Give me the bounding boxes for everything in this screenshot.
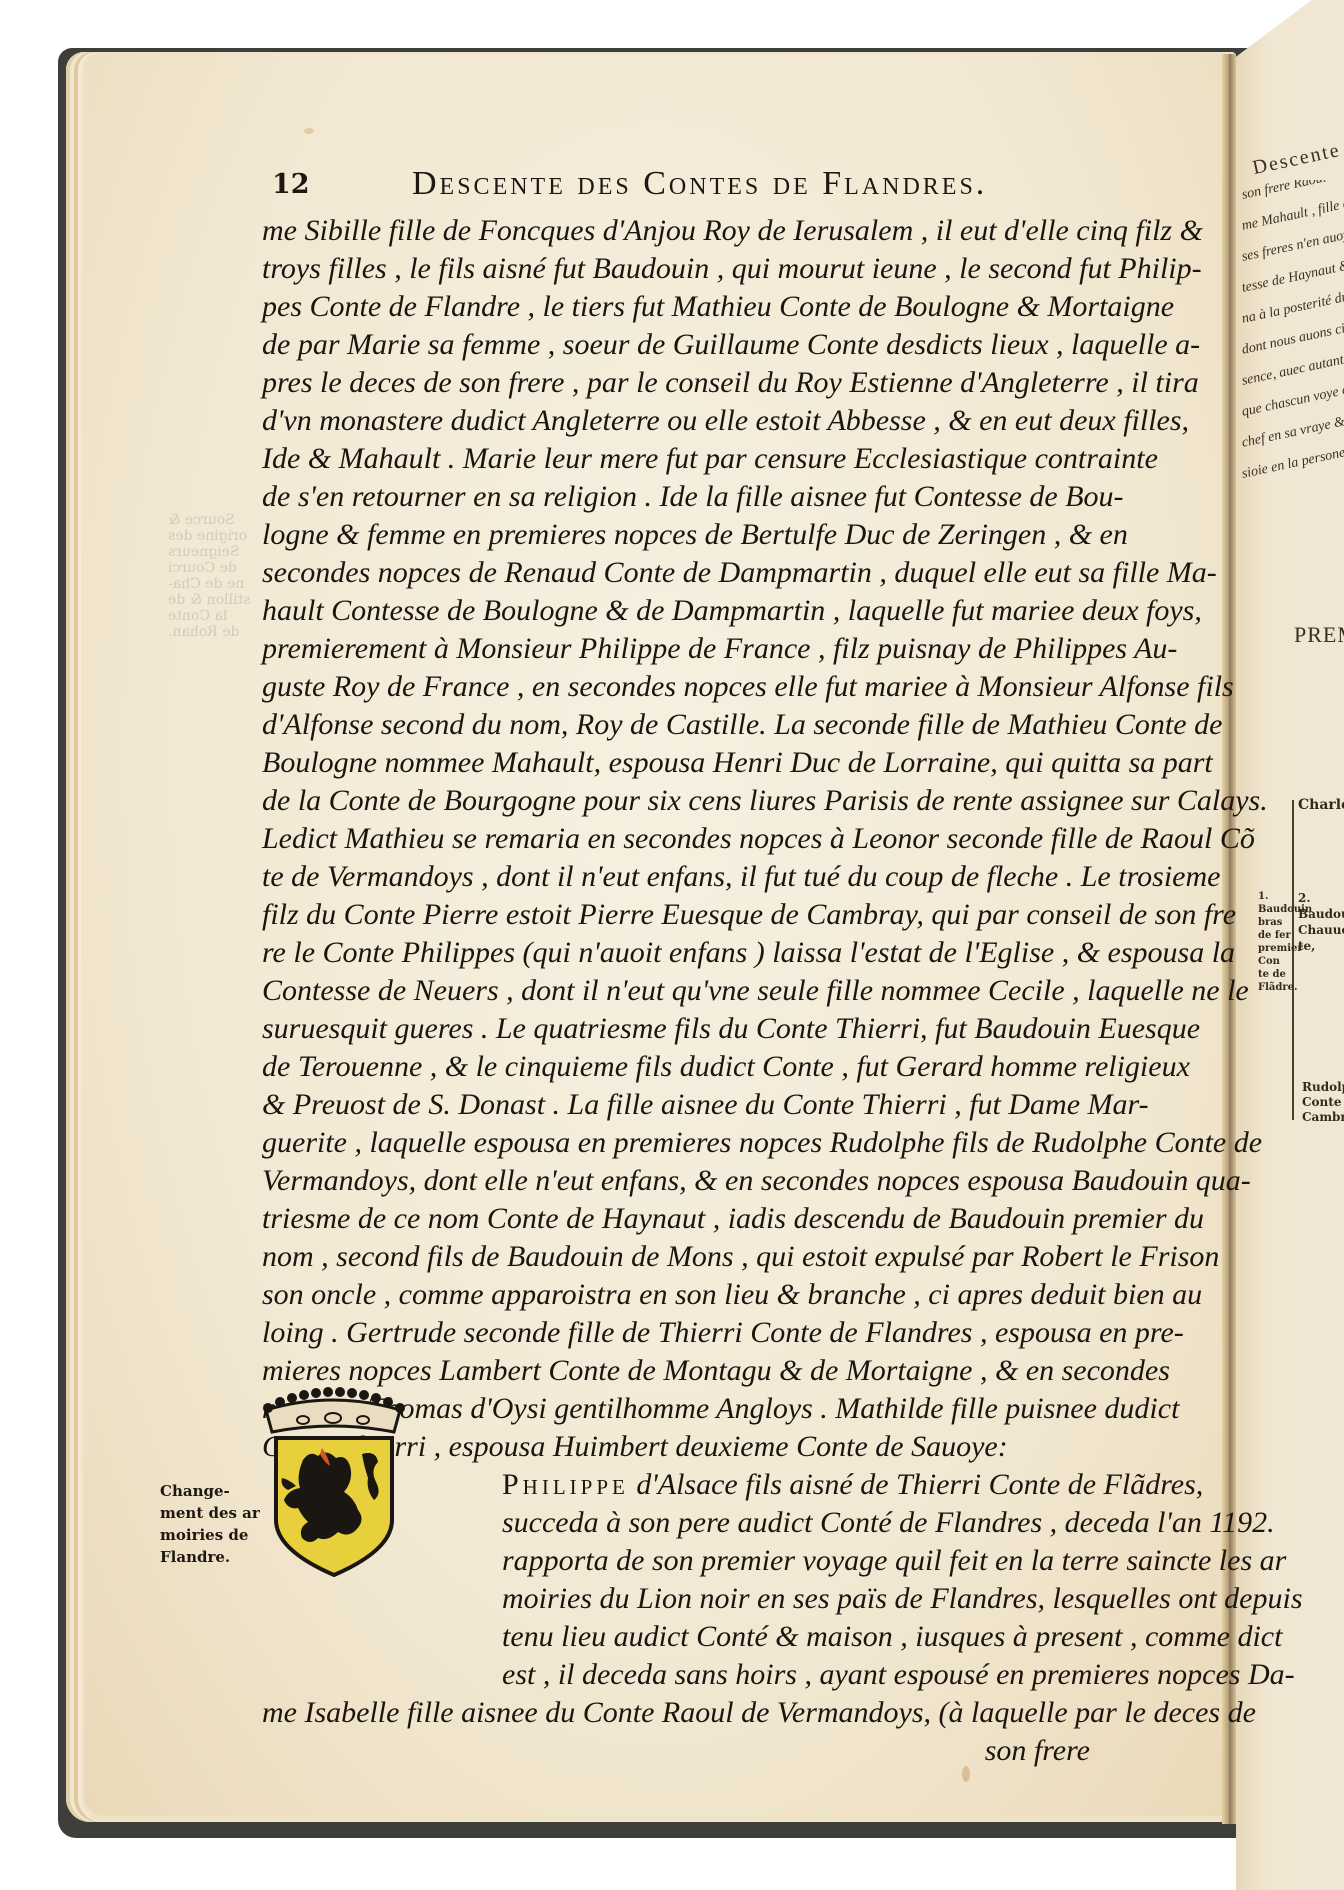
genealogy-table: Charles, 1. Baudouin bras de fer premier… [1262,790,1344,1130]
genealogy-entry: 1. Baudouin bras de fer premier Con te d… [1258,890,1294,994]
text-line: Vermandoys, dont elle n'eut enfans, & en… [262,1162,1090,1200]
text-line: & Preuost de S. Donast . La fille aisnee… [262,1086,1090,1124]
margin-note: Change- ment des ar moiries de Flandre. [160,1480,260,1568]
text-line: troys filles , le fils aisné fut Baudoui… [262,250,1090,288]
running-head: 12 Descente des Contes de Flandres. [262,165,1092,205]
running-title: Descente des Contes de Flandres. [412,165,987,203]
text-line: guerite , laquelle espousa en premieres … [262,1124,1090,1162]
text-line: est , il deceda sans hoirs , ayant espou… [262,1656,1090,1694]
text-line: guste Roy de France , en secondes nopces… [262,668,1090,706]
text-line: suruesquit gueres . Le quatriesme fils d… [262,1010,1090,1048]
facing-text-block: son frere Raoul escheut ladict me Mahaul… [1242,180,1344,490]
philippe-name: Philippe [502,1468,629,1501]
foxing-stain [304,128,314,134]
text-line: te de Vermandoys , dont il n'eut enfans,… [262,858,1090,896]
text-line: re le Conte Philippes (qui n'auoit enfan… [262,934,1090,972]
text-line: pres le deces de son frere , par le cons… [262,364,1090,402]
text-line: premierement à Monsieur Philippe de Fran… [262,630,1090,668]
text-line: secondes nopces de Renaud Conte de Dampm… [262,554,1090,592]
text-line: Ide & Mahault . Marie leur mere fut par … [262,440,1090,478]
text-line: Ledict Mathieu se remaria en secondes no… [262,820,1090,858]
flanders-coat-of-arms-icon [258,1370,408,1580]
text-line: de par Marie sa femme , soeur de Guillau… [262,326,1090,364]
text-line: filz du Conte Pierre estoit Pierre Euesq… [262,896,1090,934]
text-line: me Sibille fille de Foncques d'Anjou Roy… [262,212,1090,250]
page-number: 12 [272,169,310,200]
text-line: nom , second fils de Baudouin de Mons , … [262,1238,1090,1276]
facing-section-heading: PREMIE [1294,622,1344,648]
genealogy-entry: 2. Baudouin Chauue C te, [1298,890,1344,954]
text-line: de s'en retourner en sa religion . Ide l… [262,478,1090,516]
text-line: me Isabelle fille aisnee du Conte Raoul … [262,1694,1090,1732]
text-line: tenu lieu audict Conté & maison , iusque… [262,1618,1090,1656]
text-line: triesme de ce nom Conte de Haynaut , iad… [262,1200,1090,1238]
text-line: Contesse de Neuers , dont il n'eut qu'vn… [262,972,1090,1010]
text-line: de Terouenne , & le cinquieme fils dudic… [262,1048,1090,1086]
text-line: logne & femme en premieres nopces de Ber… [262,516,1090,554]
text-line: hault Contesse de Boulogne & de Dampmart… [262,592,1090,630]
text-line: son oncle , comme apparoistra en son lie… [262,1276,1090,1314]
text-line: Boulogne nommee Mahault, espousa Henri D… [262,744,1090,782]
text-line: d'Alfonse second du nom, Roy de Castille… [262,706,1090,744]
crown-icon [263,1387,405,1432]
text-line: pes Conte de Flandre , le tiers fut Math… [262,288,1090,326]
text-line: loing . Gertrude seconde fille de Thierr… [262,1314,1090,1352]
genealogy-entry: Rudolph Conte d Cambra [1302,1080,1344,1125]
catchword: son frere [262,1732,1090,1770]
text-line: de la Conte de Bourgogne pour six cens l… [262,782,1090,820]
text-line: moiries du Lion noir en ses païs de Flan… [262,1580,1090,1618]
genealogy-entry: Charles, [1298,798,1344,813]
text-line: d'vn monastere dudict Angleterre ou elle… [262,402,1090,440]
